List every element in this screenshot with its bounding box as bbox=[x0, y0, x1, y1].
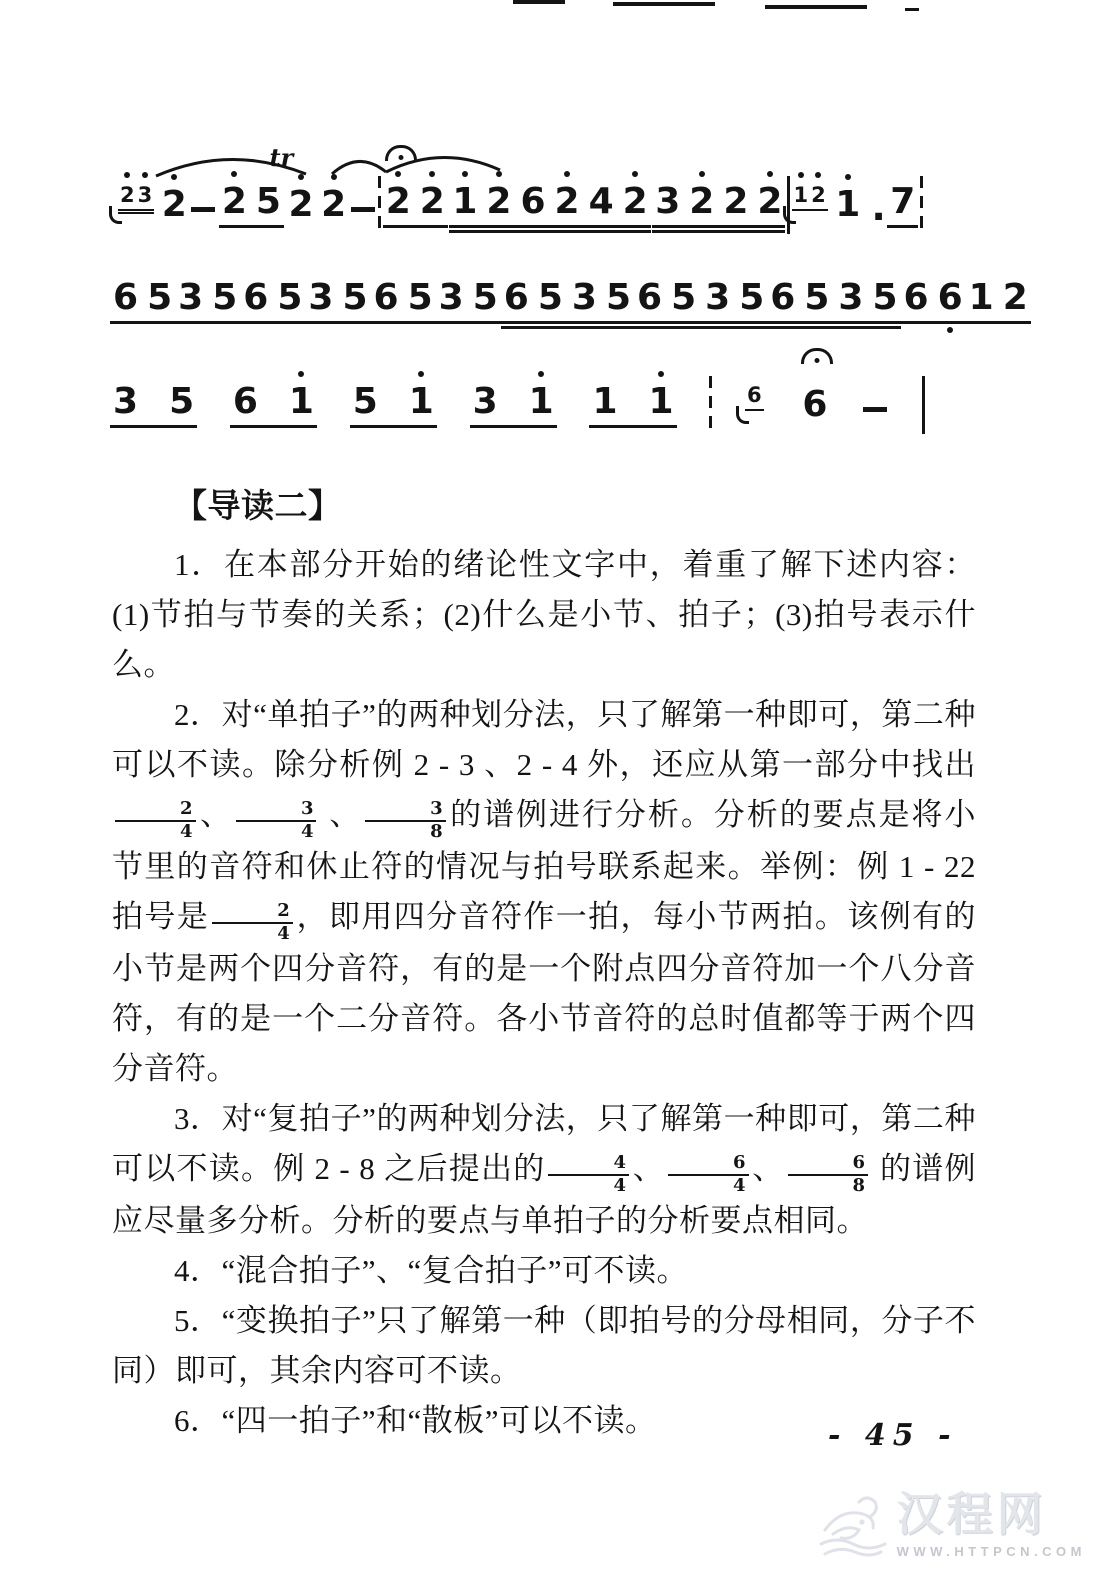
watermark: 汉程网 WWW.HTTPCN.COM bbox=[815, 1486, 1086, 1564]
note-digit: 6 bbox=[520, 184, 545, 220]
note-digit: 3 bbox=[308, 280, 333, 316]
time-signature-fraction: 68 bbox=[788, 1154, 869, 1196]
fraction-numerator: 6 bbox=[788, 1154, 869, 1176]
octave-dot-above-icon bbox=[142, 172, 148, 178]
page-number: - 45 - bbox=[828, 1418, 958, 1453]
note-digit: 2 bbox=[689, 184, 714, 220]
note-digit: 6 bbox=[243, 280, 268, 316]
paragraphs: 1．在本部分开始的绪论性文字中，着重了解下述内容：(1)节拍与节奏的关系；(2)… bbox=[112, 540, 976, 1446]
octave-dot-above-icon bbox=[798, 172, 804, 178]
note-group: 1 bbox=[832, 185, 863, 228]
octave-dot-above-icon bbox=[845, 174, 851, 180]
fraction-numerator: 6 bbox=[668, 1154, 749, 1176]
note-digit: 2 bbox=[486, 184, 511, 220]
jianpu-note: 66 bbox=[901, 278, 966, 324]
note-group: 6 bbox=[799, 385, 830, 428]
fermata-icon bbox=[801, 348, 833, 364]
trill-mark: tr bbox=[270, 143, 294, 172]
note-digit: 3 bbox=[838, 280, 863, 316]
grace-note: 23 bbox=[118, 184, 154, 211]
fraction-numerator: 2 bbox=[212, 902, 293, 924]
time-signature-fraction: 64 bbox=[668, 1154, 749, 1196]
note-group: 65 bbox=[240, 278, 305, 324]
octave-dot-above-icon bbox=[658, 371, 664, 377]
jianpu-note: 51 bbox=[350, 382, 437, 428]
note-group: 6535 bbox=[501, 278, 634, 324]
jianpu-note: 1. bbox=[832, 185, 886, 228]
note-digit: 6 bbox=[113, 280, 138, 316]
note-digit: 6 bbox=[904, 280, 929, 316]
jianpu-note: 31 bbox=[470, 382, 557, 428]
note-digit: 7 bbox=[890, 184, 915, 220]
grace-note: 6 bbox=[745, 384, 764, 411]
dash-note bbox=[191, 190, 217, 228]
barline bbox=[787, 176, 790, 234]
note-digit: 5 bbox=[256, 184, 281, 220]
note-digit: 3 bbox=[473, 384, 498, 420]
scanned-book-page: { "music": { "trill_label": "tr", "lines… bbox=[0, 0, 1094, 1576]
scan-artifact-line bbox=[765, 5, 867, 9]
note-digit: 2 bbox=[623, 184, 648, 220]
fraction-denominator: 8 bbox=[788, 1176, 869, 1196]
note-digit: 5 bbox=[538, 280, 563, 316]
jianpu-note: 6 bbox=[799, 385, 830, 428]
note-digit: 5 bbox=[147, 280, 172, 316]
note-group: 35 bbox=[175, 278, 240, 324]
note-digit: 1 bbox=[452, 184, 477, 220]
dash-note bbox=[863, 390, 889, 428]
note-group: 12 bbox=[792, 184, 828, 211]
barline bbox=[922, 376, 925, 434]
jianpu-note: 61 bbox=[230, 382, 317, 428]
note-digit: 6 bbox=[938, 280, 963, 316]
note-digit: 6 bbox=[504, 280, 529, 316]
jianpu-note: 6535 bbox=[634, 278, 767, 324]
note-group: 25 bbox=[219, 182, 284, 228]
note-digit: 5 bbox=[169, 384, 194, 420]
jianpu-note: 65 bbox=[110, 278, 175, 324]
music-line-1: 232252tr2221262423222121.7 bbox=[118, 132, 923, 228]
note-group: 35 bbox=[436, 278, 501, 324]
grace-hook-icon bbox=[109, 206, 122, 224]
watermark-logo-icon bbox=[815, 1486, 891, 1564]
time-signature-fraction: 44 bbox=[548, 1154, 629, 1196]
time-signature-fraction: 34 bbox=[236, 800, 317, 842]
note-digit: 3 bbox=[113, 384, 138, 420]
note-group: 2 bbox=[318, 185, 349, 228]
note-group: 66 bbox=[901, 278, 966, 324]
note-digit: 4 bbox=[589, 184, 614, 220]
note-digit: 2 bbox=[811, 185, 826, 206]
jianpu-note: 7 bbox=[887, 182, 918, 228]
fraction-numerator: 3 bbox=[236, 800, 317, 822]
note-digit: 1 bbox=[969, 280, 994, 316]
jianpu-note: 65 bbox=[240, 278, 305, 324]
note-digit: 1 bbox=[529, 384, 554, 420]
jianpu-note: 35 bbox=[436, 278, 501, 324]
dash-note bbox=[351, 190, 377, 228]
jianpu-note: 6535 bbox=[501, 278, 634, 324]
note-digit: 5 bbox=[739, 280, 764, 316]
note-digit: 6 bbox=[233, 384, 258, 420]
note-group: 6535 bbox=[634, 278, 767, 324]
note-digit: 2 bbox=[120, 185, 135, 206]
note-digit: 6 bbox=[747, 385, 762, 406]
note-digit: 5 bbox=[473, 280, 498, 316]
jianpu-note: 35 bbox=[110, 382, 197, 428]
note-group: 2 bbox=[159, 185, 190, 228]
paragraph: 5．“变换拍子”只了解第一种（即拍号的分母相同，分子不同）即可，其余内容可不读。 bbox=[112, 1296, 976, 1396]
fraction-denominator: 4 bbox=[668, 1176, 749, 1196]
note-digit: 5 bbox=[872, 280, 897, 316]
note-digit: 3 bbox=[138, 185, 153, 206]
jianpu-note: 22 bbox=[383, 182, 448, 228]
note-digit: 5 bbox=[671, 280, 696, 316]
jianpu-note: 2 bbox=[159, 185, 190, 228]
note-group: 35 bbox=[110, 382, 197, 428]
barline bbox=[709, 376, 712, 434]
note-digit: 6 bbox=[637, 280, 662, 316]
scan-artifact-line bbox=[905, 8, 919, 11]
octave-dot-above-icon bbox=[767, 171, 773, 177]
octave-dot-above-icon bbox=[815, 172, 821, 178]
jianpu-note: 6535 bbox=[767, 278, 900, 324]
jianpu-note: 2 bbox=[318, 185, 349, 228]
note-digit: 2 bbox=[1003, 280, 1028, 316]
fraction-numerator: 2 bbox=[115, 800, 196, 822]
note-group: 126242 bbox=[449, 182, 650, 228]
note-digit: 5 bbox=[408, 280, 433, 316]
barline bbox=[920, 176, 923, 234]
octave-dot-below-icon bbox=[947, 327, 953, 333]
note-group: 23 bbox=[118, 184, 154, 211]
note-digit: 3 bbox=[572, 280, 597, 316]
fraction-denominator: 4 bbox=[212, 924, 293, 944]
jianpu-note: 126242 bbox=[449, 182, 650, 228]
note-digit: 1 bbox=[835, 187, 860, 223]
jianpu-note: 12 bbox=[966, 278, 1031, 324]
octave-dot-above-icon bbox=[171, 174, 177, 180]
octave-dot-above-icon bbox=[429, 171, 435, 177]
note-digit: 1 bbox=[794, 185, 809, 206]
note-digit: 2 bbox=[386, 184, 411, 220]
section-header: 【导读二】 bbox=[174, 482, 976, 532]
jianpu-note: 2tr bbox=[286, 185, 317, 228]
scan-artifact-line bbox=[613, 2, 715, 6]
note-group: 3222 bbox=[652, 182, 785, 228]
note-digit: 5 bbox=[342, 280, 367, 316]
note-group: 51 bbox=[350, 382, 437, 428]
note-digit: 2 bbox=[757, 184, 782, 220]
jianpu-note: 11 bbox=[589, 382, 676, 428]
jianpu-note: 3222 bbox=[652, 182, 785, 228]
jianpu-note: 25 bbox=[219, 182, 284, 228]
fraction-denominator: 4 bbox=[236, 822, 317, 842]
note-digit: 2 bbox=[321, 187, 346, 223]
watermark-url: WWW.HTTPCN.COM bbox=[897, 1544, 1086, 1559]
note-digit: 2 bbox=[420, 184, 445, 220]
music-line-2: 6535653565356535653565356612 bbox=[110, 252, 958, 324]
octave-dot-above-icon bbox=[632, 171, 638, 177]
note-digit: 2 bbox=[723, 184, 748, 220]
note-group: 2 bbox=[286, 185, 317, 228]
octave-dot-above-icon bbox=[298, 371, 304, 377]
grace-note: 12 bbox=[792, 184, 828, 211]
note-group: 7 bbox=[887, 182, 918, 228]
note-group: 65 bbox=[371, 278, 436, 324]
note-group: 31 bbox=[470, 382, 557, 428]
note-group: 11 bbox=[589, 382, 676, 428]
note-digit: 6 bbox=[770, 280, 795, 316]
note-group: 61 bbox=[230, 382, 317, 428]
paragraph: 1．在本部分开始的绪论性文字中，着重了解下述内容：(1)节拍与节奏的关系；(2)… bbox=[112, 540, 976, 690]
note-digit: 5 bbox=[353, 384, 378, 420]
octave-dot-above-icon bbox=[699, 171, 705, 177]
note-digit: 5 bbox=[804, 280, 829, 316]
note-group: 6535 bbox=[767, 278, 900, 324]
note-group: 65 bbox=[110, 278, 175, 324]
time-signature-fraction: 24 bbox=[115, 800, 196, 842]
scan-artifact-line bbox=[513, 0, 565, 4]
fraction-numerator: 4 bbox=[548, 1154, 629, 1176]
jianpu-note: 35 bbox=[175, 278, 240, 324]
note-digit: 2 bbox=[289, 187, 314, 223]
note-digit: 3 bbox=[705, 280, 730, 316]
note-group: 12 bbox=[966, 278, 1031, 324]
note-digit: 3 bbox=[178, 280, 203, 316]
fermata-icon bbox=[385, 145, 417, 161]
note-digit: 1 bbox=[289, 384, 314, 420]
paragraph: 2．对“单拍子”的两种划分法，只了解第一种即可，第二种可以不读。除分析例 2 -… bbox=[112, 690, 976, 1094]
note-digit: 6 bbox=[374, 280, 399, 316]
time-signature-fraction: 38 bbox=[365, 800, 446, 842]
note-group: 22 bbox=[383, 182, 448, 228]
augmentation-dot: . bbox=[871, 188, 885, 228]
note-digit: 1 bbox=[409, 384, 434, 420]
note-digit: 3 bbox=[439, 280, 464, 316]
note-digit: 5 bbox=[212, 280, 237, 316]
note-digit: 2 bbox=[555, 184, 580, 220]
jianpu-note: 65 bbox=[371, 278, 436, 324]
octave-dot-above-icon bbox=[564, 171, 570, 177]
paragraph: 3．对“复拍子”的两种划分法，只了解第一种即可，第二种可以不读。例 2 - 8 … bbox=[112, 1094, 976, 1246]
note-digit: 1 bbox=[592, 384, 617, 420]
fraction-numerator: 3 bbox=[365, 800, 446, 822]
fraction-denominator: 4 bbox=[548, 1176, 629, 1196]
watermark-site-name: 汉程网 bbox=[897, 1492, 1086, 1538]
octave-dot-above-icon bbox=[538, 371, 544, 377]
octave-dot-above-icon bbox=[418, 371, 424, 377]
octave-dot-above-icon bbox=[496, 171, 502, 177]
octave-dot-above-icon bbox=[298, 174, 304, 180]
octave-dot-above-icon bbox=[124, 172, 130, 178]
octave-dot-above-icon bbox=[395, 171, 401, 177]
octave-dot-above-icon bbox=[462, 171, 468, 177]
paragraph: 4．“混合拍子”、“复合拍子”可不读。 bbox=[112, 1246, 976, 1296]
note-digit: 3 bbox=[655, 184, 680, 220]
octave-dot-above-icon bbox=[331, 174, 337, 180]
note-digit: 5 bbox=[277, 280, 302, 316]
time-signature-fraction: 24 bbox=[212, 902, 293, 944]
note-digit: 5 bbox=[606, 280, 631, 316]
grace-hook-icon bbox=[736, 406, 749, 424]
octave-dot-above-icon bbox=[231, 171, 237, 177]
jianpu-note: 35 bbox=[305, 278, 370, 324]
barline bbox=[378, 176, 381, 234]
fraction-denominator: 8 bbox=[365, 822, 446, 842]
music-line-3: 356151311166 bbox=[110, 352, 925, 428]
note-digit: 2 bbox=[222, 184, 247, 220]
article: 【导读二】 1．在本部分开始的绪论性文字中，着重了解下述内容：(1)节拍与节奏的… bbox=[112, 482, 976, 1446]
note-digit: 6 bbox=[802, 387, 827, 423]
note-group: 35 bbox=[305, 278, 370, 324]
note-digit: 2 bbox=[162, 187, 187, 223]
fraction-denominator: 4 bbox=[115, 822, 196, 842]
note-digit: 1 bbox=[649, 384, 674, 420]
